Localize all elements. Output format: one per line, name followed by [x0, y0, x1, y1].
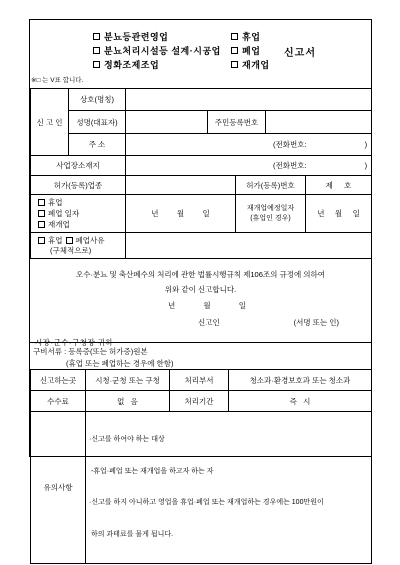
statement-signature-line: 신고인 (서명 또는 인) [30, 317, 371, 328]
date-type-options: 휴업 폐업 일자 재개업 [31, 195, 126, 233]
checkbox-suspension-reason[interactable] [38, 237, 45, 244]
company-name-label: 상호(명칭) [69, 89, 126, 111]
date-unit-month: 월 [177, 208, 184, 219]
date-unit-year: 년 [151, 208, 158, 219]
form-title: 신고서 [284, 44, 316, 59]
applicant-table: 신 고 인 상호(명칭) 성명(대표자) 주민등록번호 주 소 (전화번호: )… [30, 88, 372, 259]
header-option-label: 정화조제조업 [104, 58, 159, 71]
checkmark-instruction-note: ※□ 는 V표 합니다. [31, 75, 83, 84]
date-option-label: 휴업 [48, 197, 63, 208]
date-unit-year: 년 [317, 208, 324, 219]
table-row: 휴업 폐업 일자 재개업 년 월 일 [31, 195, 372, 233]
handling-dept-label: 처리부서 [170, 370, 229, 391]
statement-applicant-label: 신고인 [198, 317, 220, 328]
header-option-suspension: 휴업 [231, 30, 260, 43]
business-location-field[interactable]: (전화번호: ) [126, 156, 372, 176]
reason-option-label: 폐업사유 [76, 235, 105, 246]
table-row: 성명(대표자) 주민등록번호 [31, 111, 372, 134]
statement-line1: 오수·분뇨 및 축산폐수의 처리에 관한 법률시행규칙 제106조의 규정에 의… [30, 259, 371, 280]
table-row: 신 고 인 상호(명칭) [31, 89, 372, 111]
notice-line: -휴업·폐업 또는 재개업을 하고자 하는 자 [89, 467, 369, 478]
header-option-manure-business: 분뇨등관련영업 [93, 30, 168, 43]
notice-line: 하의 과태료를 물게 됩니다. [89, 530, 369, 541]
business-location-label: 사업장소재지 [31, 156, 126, 176]
phone-number-suffix: ) [365, 140, 368, 149]
checkbox-closure-reason[interactable] [66, 237, 73, 244]
header-option-label: 분뇨등관련영업 [104, 30, 168, 43]
license-type-label: 허가(등록)업종 [31, 176, 126, 195]
checkbox-reopening[interactable] [231, 61, 238, 68]
table-row: 수수료 없 음 처리기간 즉 시 [31, 391, 372, 412]
checkbox-design-construction-business[interactable] [93, 47, 100, 54]
form-header: 분뇨등관련영업 분뇨처리시설등 설계·시공업 정화조제조업 휴업 폐업 재개업 … [30, 20, 371, 88]
table-row: 신고하는곳 시청·군청 또는 구청 처리부서 청소과·환경보호과 또는 청소과 [31, 370, 372, 391]
table-row: 사업장소재지 (전화번호: ) [31, 156, 372, 176]
checkbox-reopening-date[interactable] [38, 221, 45, 228]
signature-note: (서명 또는 인) [294, 317, 339, 328]
license-type-field[interactable] [126, 176, 236, 195]
date-option-label: 폐업 일자 [48, 208, 79, 219]
header-option-reopening: 재개업 [231, 58, 270, 71]
address-field[interactable]: (전화번호: ) [126, 134, 372, 156]
checkbox-septic-tank-manufacturing[interactable] [93, 61, 100, 68]
notice-content: ·신고를 하여야 하는 대상 -휴업·폐업 또는 재개업을 하고자 하는 자 ·… [86, 412, 372, 564]
license-no-suffix: 호 [344, 180, 351, 191]
statement-date-field[interactable]: 년 월 일 [168, 300, 246, 311]
header-option-label: 휴업 [242, 30, 260, 43]
reason-field[interactable] [126, 233, 372, 259]
reopening-label-line2: (휴업인 경우) [236, 214, 305, 224]
license-no-label: 허가(등록)번호 [236, 176, 306, 195]
notice-line: ·신고를 하여야 하는 대상 [89, 435, 369, 446]
date-unit-day: 일 [353, 208, 360, 219]
checkbox-closure-date[interactable] [38, 210, 45, 217]
applicant-section-label: 신 고 인 [31, 89, 69, 156]
header-option-septic-manufacturing: 정화조제조업 [93, 58, 159, 71]
date-unit-year: 년 [168, 300, 175, 311]
filing-place-label: 신고하는곳 [31, 370, 86, 391]
date-unit-month: 월 [335, 208, 342, 219]
header-option-label: 재개업 [242, 58, 270, 71]
resident-no-label: 주민등록번호 [208, 111, 266, 134]
address-label: 주 소 [69, 134, 126, 156]
reopening-label-line1: 재개업예정일자 [236, 204, 305, 214]
reason-option-label: 휴업 [48, 235, 63, 246]
date-unit-day: 일 [239, 300, 246, 311]
phone-number-prefix: (전화번호: [273, 160, 307, 171]
date-unit-month: 월 [203, 300, 210, 311]
checkbox-closure[interactable] [231, 47, 238, 54]
representative-name-label: 성명(대표자) [69, 111, 126, 134]
phone-number-suffix: ) [365, 161, 368, 170]
reopening-date-field[interactable]: 년 월 일 [306, 195, 372, 233]
table-row: 주 소 (전화번호: ) [31, 134, 372, 156]
notice-line: ·신고를 하지 아니하고 영업을 휴업·폐업 또는 재개업하는 경우에는 100… [89, 498, 369, 509]
notice-label: 유의사항 [31, 412, 86, 564]
header-option-label: 분뇨처리시설등 설계·시공업 [104, 44, 221, 57]
reason-note: (구체적으로) [50, 246, 125, 256]
filing-info-table: 신고하는곳 시청·군청 또는 구청 처리부서 청소과·환경보호과 또는 청소과 … [30, 369, 372, 564]
event-date-field[interactable]: 년 월 일 [126, 195, 236, 233]
license-no-prefix: 제 [326, 180, 333, 191]
checkbox-suspension[interactable] [231, 33, 238, 40]
license-no-field[interactable]: 제 호 [306, 176, 372, 195]
header-option-closure: 폐업 [231, 44, 260, 57]
declaration-statement: 오수·분뇨 및 축산폐수의 처리에 관한 법률시행규칙 제106조의 규정에 의… [30, 259, 371, 342]
processing-period-label: 처리기간 [170, 391, 229, 412]
fee-label: 수수료 [31, 391, 86, 412]
representative-name-field[interactable] [126, 111, 208, 134]
date-unit-day: 일 [203, 208, 210, 219]
checkbox-manure-related-business[interactable] [93, 33, 100, 40]
header-option-design-construction: 분뇨처리시설등 설계·시공업 [93, 44, 221, 57]
filing-place-value: 시청·군청 또는 구청 [86, 370, 170, 391]
table-row: 허가(등록)업종 허가(등록)번호 제 호 [31, 176, 372, 195]
resident-no-field[interactable] [266, 111, 372, 134]
reopening-planned-date-label: 재개업예정일자 (휴업인 경우) [236, 195, 306, 233]
statement-line2: 위와 같이 신고합니다. [30, 284, 371, 295]
header-option-label: 폐업 [242, 44, 260, 57]
reason-label-cell: 휴업 폐업사유 (구체적으로) [31, 233, 126, 259]
date-option-label: 재개업 [48, 219, 70, 230]
handling-dept-value: 청소과·환경보호과 또는 청소과 [229, 370, 372, 391]
phone-number-prefix: (전화번호: [273, 139, 307, 150]
form-outer-border: 분뇨등관련영업 분뇨처리시설등 설계·시공업 정화조제조업 휴업 폐업 재개업 … [29, 19, 372, 457]
processing-period-value: 즉 시 [229, 391, 372, 412]
table-row: 휴업 폐업사유 (구체적으로) [31, 233, 372, 259]
form-document: { "header": { "left_items": ["분뇨등관련영업", … [0, 0, 400, 565]
attachments-line2: (휴업 또는 폐업하는 경우에 한함) [66, 358, 371, 369]
table-row: 유의사항 ·신고를 하여야 하는 대상 -휴업·폐업 또는 재개업을 하고자 하… [31, 412, 372, 564]
recipient-line: 시장·군수·구청장 귀하 [35, 337, 371, 348]
fee-value: 없 음 [86, 391, 170, 412]
company-name-field[interactable] [126, 89, 372, 111]
checkbox-suspension-date[interactable] [38, 199, 45, 206]
